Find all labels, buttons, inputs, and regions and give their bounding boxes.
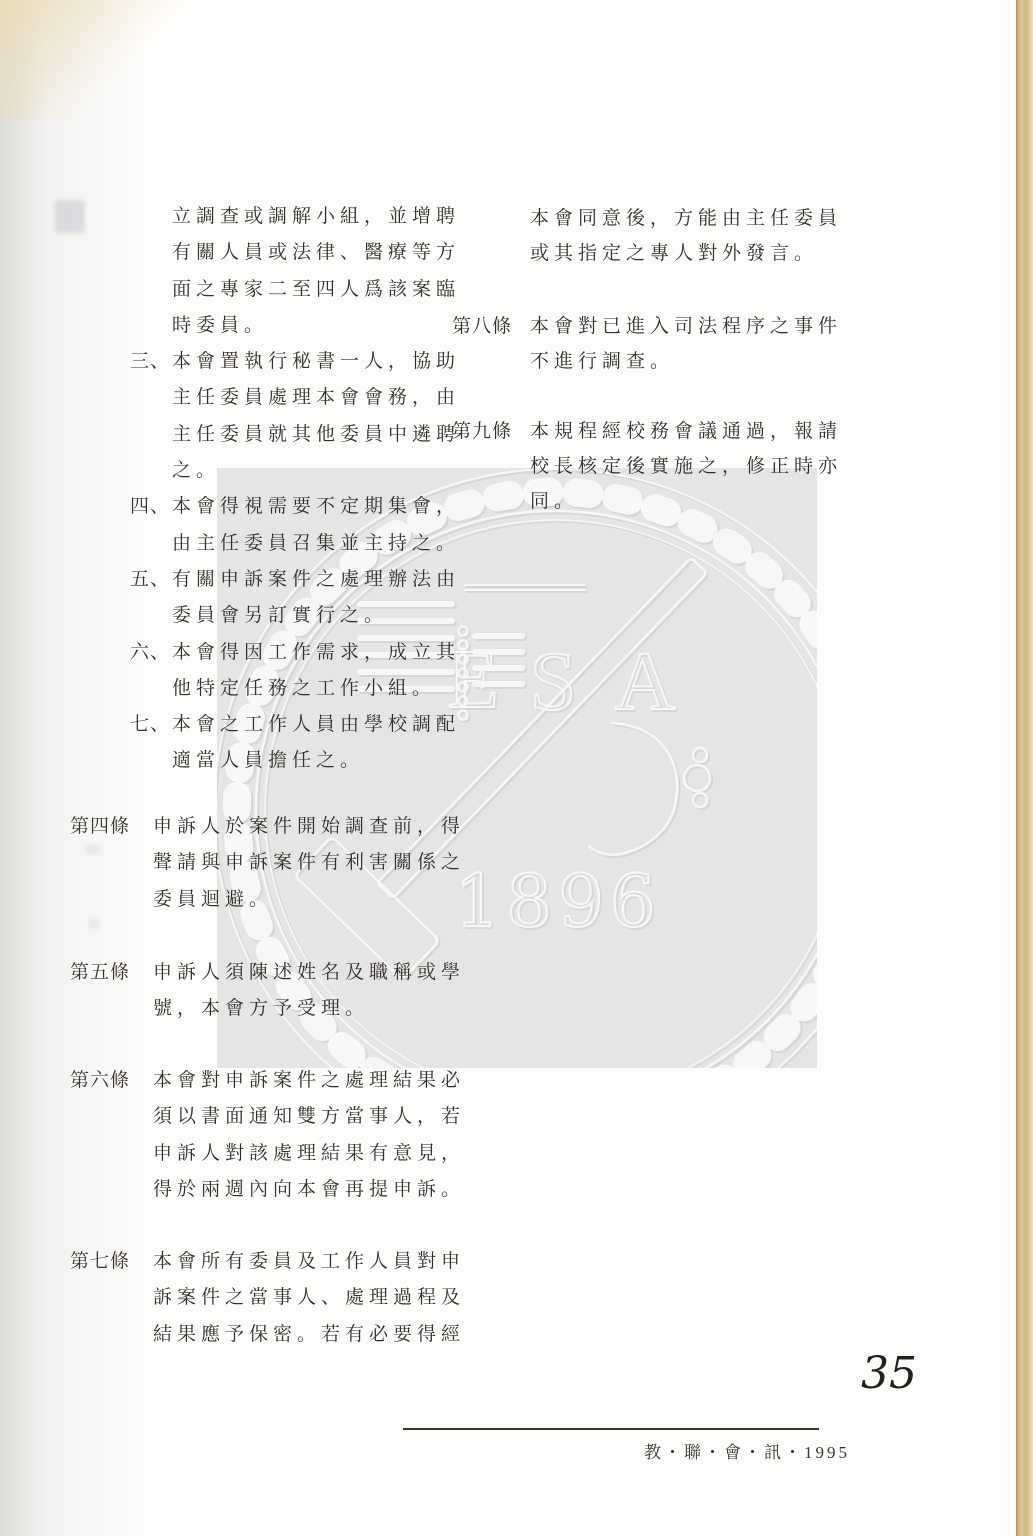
text-line: 本會同意後，方能由主任委員: [452, 201, 872, 236]
text-line: 第四條申訴人於案件開始調查前，得: [70, 809, 490, 845]
text-line: 申訴人對該處理結果有意見，: [70, 1136, 490, 1172]
text-line: 之。: [130, 453, 480, 489]
text-line: 面之專家二至四人爲該案臨: [130, 272, 480, 308]
text-line: 四、本會得視需要不定期集會，: [130, 489, 480, 525]
text-line: 主任委員處理本會會務，由: [130, 380, 480, 416]
article-block: 第四條申訴人於案件開始調查前，得聲請與申訴案件有利害關係之委員迴避。: [70, 809, 490, 918]
item-label: 第九條: [452, 414, 530, 449]
text-line: 由主任委員召集並主持之。: [130, 526, 480, 562]
item-label: 三、: [130, 344, 172, 380]
article-block: 七、本會之工作人員由學校調配適當人員擔任之。: [130, 707, 480, 780]
continuation-block: 立調查或調解小組，並增聘有關人員或法律、醫療等方面之專家二至四人爲該案臨時委員。: [130, 199, 480, 344]
text-line: 五、有關申訴案件之處理辦法由: [130, 562, 480, 598]
text-line: 同。: [452, 484, 872, 519]
text-line: 委員迴避。: [70, 882, 490, 918]
text-line: 他特定任務之工作小組。: [130, 671, 480, 707]
article-block: 第九條本規程經校務會議通過，報請校長核定後實施之，修正時亦同。: [452, 414, 872, 519]
item-label: 五、: [130, 562, 172, 598]
text-line: 七、本會之工作人員由學校調配: [130, 707, 480, 743]
text-line: 六、本會得因工作需求，成立其: [130, 635, 480, 671]
item-label: 四、: [130, 489, 172, 525]
text-line: 結果應予保密。若有必要得經: [70, 1317, 490, 1353]
continuation-block: 本會同意後，方能由主任委員或其指定之專人對外發言。: [452, 201, 872, 271]
article-block: 三、本會置執行秘書一人，協助主任委員處理本會會務，由主任委員就其他委員中遴聘之。: [130, 344, 480, 489]
text-line: 委員會另訂實行之。: [130, 598, 480, 634]
page-number: 35: [861, 1348, 917, 1399]
item-label: 第八條: [452, 309, 530, 344]
article-block: 四、本會得視需要不定期集會，由主任委員召集並主持之。: [130, 489, 480, 562]
item-label: 六、: [130, 635, 172, 671]
article-block: 六、本會得因工作需求，成立其他特定任務之工作小組。: [130, 635, 480, 708]
text-line: 不進行調查。: [452, 344, 872, 379]
text-line: 第八條本會對已進入司法程序之事件: [452, 309, 872, 344]
text-line: 時委員。: [130, 308, 480, 344]
scanned-document-page: E S A 1896 立調查或調解小組，並增聘有關人員或法律、醫療等方面之專家二…: [0, 0, 1033, 1536]
article-block: 第七條本會所有委員及工作人員對申訴案件之當事人、處理過程及結果應予保密。若有必要…: [70, 1244, 490, 1353]
text-line: 聲請與申訴案件有利害關係之: [70, 845, 490, 881]
text-line: 校長核定後實施之，修正時亦: [452, 449, 872, 484]
footer-journal-title: 教・聯・會・訊・1995: [644, 1438, 850, 1463]
text-line: 第七條本會所有委員及工作人員對申: [70, 1244, 490, 1280]
article-block: 第八條本會對已進入司法程序之事件不進行調查。: [452, 309, 872, 379]
text-line: 有關人員或法律、醫療等方: [130, 235, 480, 271]
item-label: 第四條: [70, 809, 153, 845]
text-line: 第六條本會對申訴案件之處理結果必: [70, 1063, 490, 1099]
item-label: 第六條: [70, 1063, 153, 1099]
text-line: 三、本會置執行秘書一人，協助: [130, 344, 480, 380]
text-line: 立調查或調解小組，並增聘: [130, 199, 480, 235]
text-line: 適當人員擔任之。: [130, 743, 480, 779]
text-line: 得於兩週內向本會再提申訴。: [70, 1172, 490, 1208]
numbered-list-left-column: 立調查或調解小組，並增聘有關人員或法律、醫療等方面之專家二至四人爲該案臨時委員。…: [130, 199, 480, 780]
text-layer: 立調查或調解小組，並增聘有關人員或法律、醫療等方面之專家二至四人爲該案臨時委員。…: [0, 0, 1033, 1536]
article-block: 第五條申訴人須陳述姓名及職稱或學號，本會方予受理。: [70, 955, 490, 1028]
text-line: 或其指定之專人對外發言。: [452, 236, 872, 271]
book-page-edges: [1016, 0, 1033, 1536]
text-line: 須以書面通知雙方當事人，若: [70, 1099, 490, 1135]
text-line: 主任委員就其他委員中遴聘: [130, 417, 480, 453]
item-label: 第七條: [70, 1244, 153, 1280]
text-line: 第九條本規程經校務會議通過，報請: [452, 414, 872, 449]
article-block: 五、有關申訴案件之處理辦法由委員會另訂實行之。: [130, 562, 480, 635]
item-label: 七、: [130, 707, 172, 743]
text-line: 號，本會方予受理。: [70, 991, 490, 1027]
footer-rule: [403, 1428, 819, 1430]
article-block: 第六條本會對申訴案件之處理結果必須以書面通知雙方當事人，若申訴人對該處理結果有意…: [70, 1063, 490, 1208]
item-label: 第五條: [70, 955, 153, 991]
text-line: 訴案件之當事人、處理過程及: [70, 1280, 490, 1316]
text-line: 第五條申訴人須陳述姓名及職稱或學: [70, 955, 490, 991]
